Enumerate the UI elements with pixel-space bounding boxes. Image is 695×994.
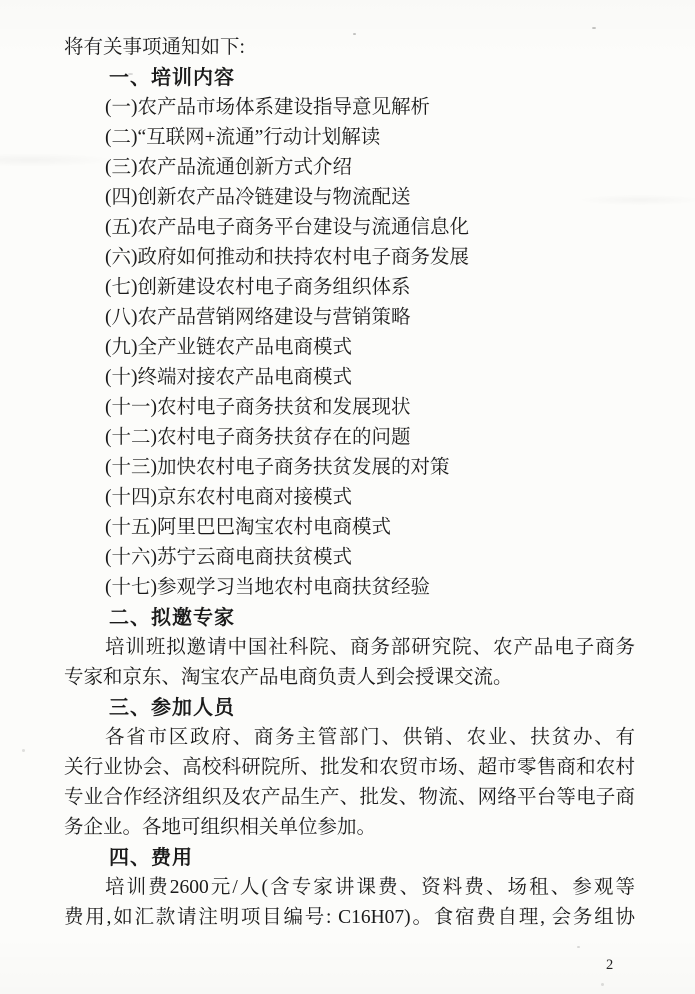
content-line: 费用,如汇款请注明项目编号: C16H07)。食宿费自理, 会务组协 [64, 903, 635, 933]
content-line: 务企业。各地可组织相关单位参加。 [64, 813, 635, 843]
training-item: (十)终端对接农产品电商模式 [64, 363, 635, 393]
training-item: (十三)加快农村电子商务扶贫发展的对策 [64, 453, 635, 483]
training-item: (十七)参观学习当地农村电商扶贫经验 [64, 573, 635, 603]
section-3-heading: 三、参加人员 [64, 693, 635, 723]
content-line: 关行业协会、高校科研院所、批发和农贸市场、超市零售商和农村 [64, 753, 635, 783]
training-item: (七)创新建设农村电子商务组织体系 [64, 273, 635, 303]
scan-speck [22, 749, 25, 752]
content-line: 培训班拟邀请中国社科院、商务部研究院、农产品电子商务 [64, 633, 635, 663]
training-item: (九)全产业链农产品电商模式 [64, 333, 635, 363]
scanned-document-page: 将有关事项通知如下: 一、培训内容 (一)农产品市场体系建设指导意见解析 (二)… [0, 0, 695, 994]
training-item: (二)“互联网+流通”行动计划解读 [64, 123, 635, 153]
training-item: (一)农产品市场体系建设指导意见解析 [64, 93, 635, 123]
training-item: (三)农产品流通创新方式介绍 [64, 153, 635, 183]
training-item: (十四)京东农村电商对接模式 [64, 483, 635, 513]
training-item: (十六)苏宁云商电商扶贫模式 [64, 543, 635, 573]
training-item: (五)农产品电子商务平台建设与流通信息化 [64, 213, 635, 243]
scan-speck [601, 983, 604, 986]
training-item: (八)农产品营销网络建设与营销策略 [64, 303, 635, 333]
scan-speck [577, 946, 580, 948]
training-item: (十一)农村电子商务扶贫和发展现状 [64, 393, 635, 423]
content-line: 专家和京东、淘宝农产品电商负责人到会授课交流。 [64, 663, 635, 693]
intro-line: 将有关事项通知如下: [64, 33, 635, 63]
scan-speck [353, 33, 356, 35]
scan-speck [128, 73, 133, 75]
training-item: (十二)农村电子商务扶贫存在的问题 [64, 423, 635, 453]
page-number: 2 [606, 950, 613, 980]
section-4-heading: 四、费用 [64, 843, 635, 873]
training-item: (十五)阿里巴巴淘宝农村电商模式 [64, 513, 635, 543]
training-item: (四)创新农产品冷链建设与物流配送 [64, 183, 635, 213]
training-item: (六)政府如何推动和扶持农村电子商务发展 [64, 243, 635, 273]
content-line: 培训费2600元/人(含专家讲课费、资料费、场租、参观等 [64, 873, 635, 903]
section-1-heading: 一、培训内容 [64, 63, 635, 93]
content-line: 各省市区政府、商务主管部门、供销、农业、扶贫办、有 [64, 723, 635, 753]
scan-speck [592, 27, 596, 29]
section-2-heading: 二、拟邀专家 [64, 603, 635, 633]
content-line: 专业合作经济组织及农产品生产、批发、物流、网络平台等电子商 [64, 783, 635, 813]
